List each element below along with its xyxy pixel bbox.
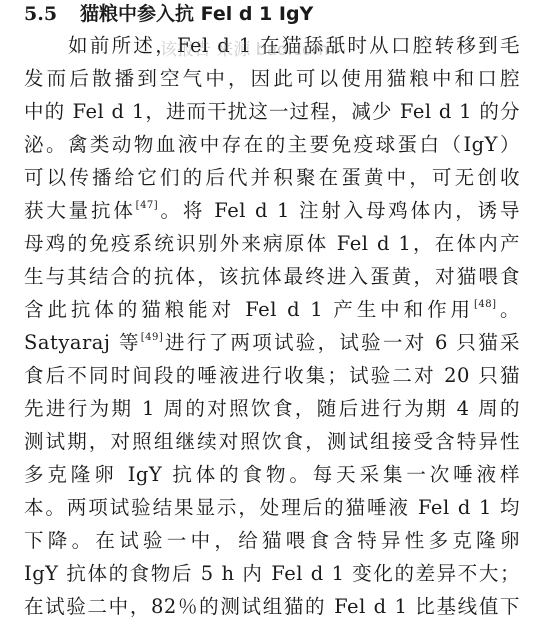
citation-47[interactable]: [47] <box>136 200 159 211</box>
line-text: 获大量抗体 <box>24 199 136 222</box>
citation-48[interactable]: [48] <box>474 299 497 310</box>
paragraph-line: 母鸡的免疫系统识别外来病原体 Fel d 1，在体内产 <box>24 227 520 260</box>
paragraph-line: 下降。在试验一中，给猫喂食含特异性多克隆卵 <box>24 524 520 557</box>
line-text: 含此抗体的猫粮能对 Fel d 1 产生中和作用 <box>24 298 474 321</box>
section-heading: 5.5猫粮中参入抗 Fel d 1 IgY <box>24 0 313 28</box>
paragraph-line: 获大量抗体[47]。将 Fel d 1 注射入母鸡体内，诱导 <box>24 194 520 227</box>
paragraph-line: 可以传播给它们的后代并积聚在蛋黄中，可无创收 <box>24 161 520 194</box>
line-text: 。将 Fel d 1 注射入母鸡体内，诱导 <box>158 199 520 222</box>
paragraph-line: 多克隆卵 IgY 抗体的食物。每天采集一次唾液样 <box>24 458 520 491</box>
paragraph-line: 生与其结合的抗体，该抗体最终进入蛋黄，对猫喂食 <box>24 260 520 293</box>
paragraph-line: 测试期，对照组继续对照饮食，测试组接受含特异性 <box>24 425 520 458</box>
line-text: 进行了两项试验，试验一对 6 只猫采 <box>163 331 520 354</box>
paragraph-line: 发而后散播到空气中，因此可以使用猫粮中和口腔 <box>24 62 520 95</box>
section-number: 5.5 <box>24 0 80 28</box>
paragraph-line: 如前所述，Fel d 1 在猫舔舐时从口腔转移到毛 <box>68 29 520 62</box>
paragraph-line: 先进行为期 1 周的对照饮食，随后进行为期 4 周的 <box>24 392 520 425</box>
line-text: Satyaraj 等 <box>24 331 141 354</box>
paragraph-line: 泌。禽类动物血液中存在的主要免疫球蛋白（IgY） <box>24 128 520 161</box>
paragraph-line: 含此抗体的猫粮能对 Fel d 1 产生中和作用[48]。 <box>24 293 520 326</box>
paragraph-line: IgY 抗体的食物后 5 h 内 Fel d 1 变化的差异不大； <box>24 557 520 590</box>
paragraph-line: 在试验二中，82％的测试组猫的 Fel d 1 比基线值下 <box>24 590 520 623</box>
citation-49[interactable]: [49] <box>141 332 164 343</box>
paragraph-line: 中的 Fel d 1，进而干扰这一过程，减少 Fel d 1 的分 <box>24 95 520 128</box>
paragraph-line: 本。两项试验结果显示，处理后的猫唾液 Fel d 1 均 <box>24 491 520 524</box>
paragraph-line: Satyaraj 等[49]进行了两项试验，试验一对 6 只猫采 <box>24 326 520 359</box>
section-title: 猫粮中参入抗 Fel d 1 IgY <box>80 3 313 25</box>
line-text: 。 <box>497 298 520 321</box>
paragraph-line: 食后不同时间段的唾液进行收集；试验二对 20 只猫 <box>24 359 520 392</box>
